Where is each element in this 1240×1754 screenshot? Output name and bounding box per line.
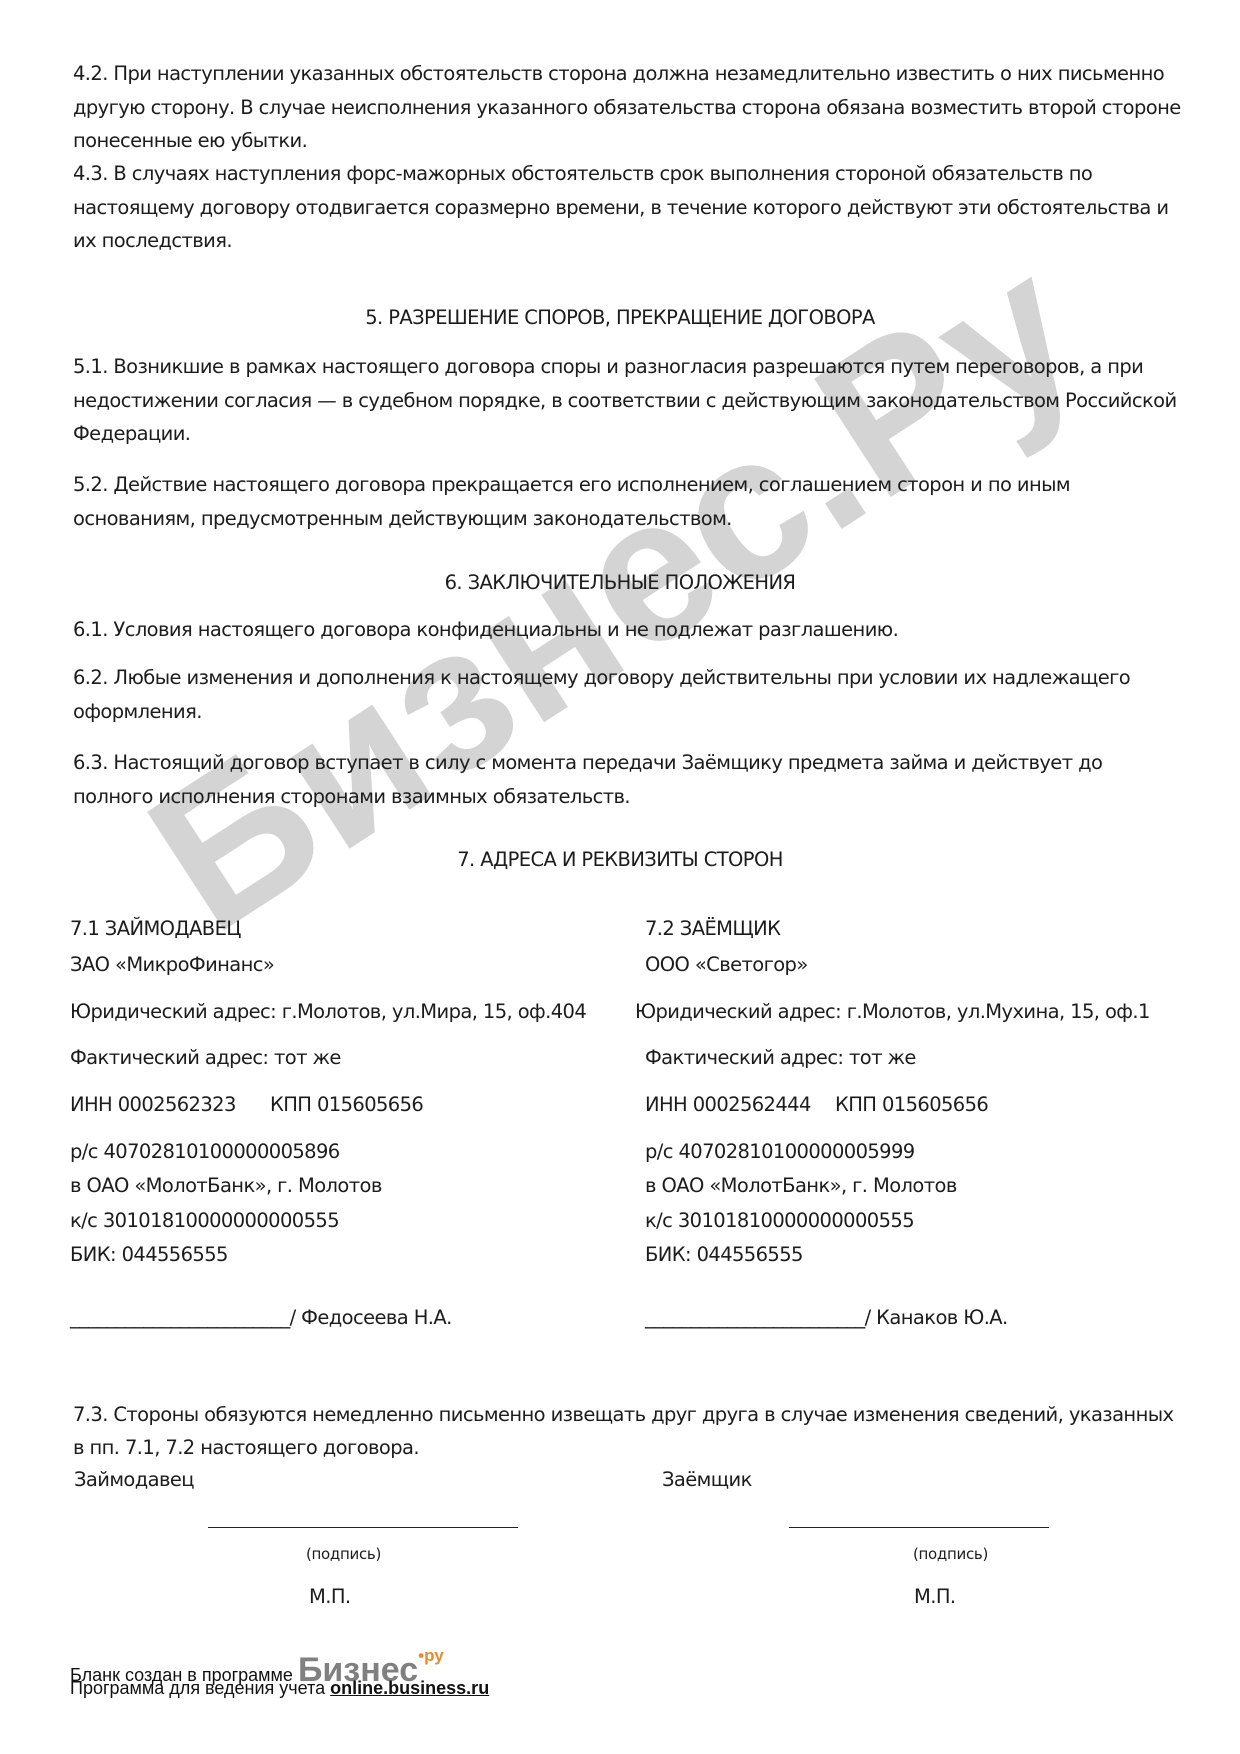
footer-program-text: Программа для ведения учета: [70, 1678, 325, 1698]
borrower-stamp-label: М.П.: [914, 1583, 956, 1611]
lender-account: р/с 40702810100000005896: [70, 1138, 340, 1166]
borrower-actual-address: Фактический адрес: тот же: [645, 1044, 916, 1072]
lender-signature-label: Займодавец: [74, 1466, 194, 1494]
section-7-heading: 7. АДРЕСА И РЕКВИЗИТЫ СТОРОН: [0, 845, 1240, 875]
borrower-legal-address: Юридический адрес: г.Молотов, ул.Мухина,…: [635, 998, 1150, 1026]
clause-4-2: 4.2. При наступлении указанных обстоятел…: [73, 57, 1183, 158]
borrower-kpp: КПП 015605656: [835, 1091, 988, 1119]
lender-bank: в ОАО «МолотБанк», г. Молотов: [70, 1172, 382, 1200]
lender-signature-line[interactable]: ________________________/ Федосеева Н.А.: [70, 1304, 452, 1332]
borrower-bank: в ОАО «МолотБанк», г. Молотов: [645, 1172, 957, 1200]
clause-6-3: 6.3. Настоящий договор вступает в силу с…: [73, 746, 1183, 813]
borrower-heading: 7.2 ЗАЁМЩИК: [645, 915, 780, 943]
borrower-account: р/с 40702810100000005999: [645, 1138, 915, 1166]
clause-6-1: 6.1. Условия настоящего договора конфиде…: [73, 613, 1183, 647]
borrower-name: ООО «Светогор»: [645, 951, 808, 979]
borrower-signature-field[interactable]: [789, 1527, 1049, 1528]
borrower-corr-account: к/с 30101810000000000555: [645, 1207, 914, 1235]
lender-name: ЗАО «МикроФинанс»: [70, 951, 274, 979]
lender-signature-caption: (подпись): [306, 1540, 381, 1568]
section-6-heading: 6. ЗАКЛЮЧИТЕЛЬНЫЕ ПОЛОЖЕНИЯ: [0, 568, 1240, 598]
lender-legal-address: Юридический адрес: г.Молотов, ул.Мира, 1…: [70, 998, 586, 1026]
lender-signature-field[interactable]: [208, 1527, 518, 1528]
lender-bik: БИК: 044556555: [70, 1241, 228, 1269]
lender-kpp: КПП 015605656: [270, 1091, 423, 1119]
footer-line-2: Программа для ведения учета online.busin…: [70, 1678, 489, 1698]
borrower-signature-label: Заёмщик: [662, 1466, 752, 1494]
lender-corr-account: к/с 30101810000000000555: [70, 1207, 339, 1235]
logo-suffix-text: •ру: [418, 1646, 444, 1665]
clause-5-2: 5.2. Действие настоящего договора прекра…: [73, 468, 1183, 535]
clause-6-2: 6.2. Любые изменения и дополнения к наст…: [73, 661, 1183, 728]
section-5-heading: 5. РАЗРЕШЕНИЕ СПОРОВ, ПРЕКРАЩЕНИЕ ДОГОВО…: [0, 303, 1240, 333]
document-content: 4.2. При наступлении указанных обстоятел…: [0, 0, 1240, 1754]
lender-heading: 7.1 ЗАЙМОДАВЕЦ: [70, 915, 241, 943]
footer: Бланк создан в программе Бизнес•ру Прогр…: [70, 1660, 489, 1698]
lender-stamp-label: М.П.: [309, 1583, 351, 1611]
borrower-signature-caption: (подпись): [913, 1540, 988, 1568]
lender-inn: ИНН 0002562323: [70, 1091, 236, 1119]
clause-4-3: 4.3. В случаях наступления форс-мажорных…: [73, 157, 1183, 258]
borrower-bik: БИК: 044556555: [645, 1241, 803, 1269]
borrower-signature-line[interactable]: ________________________/ Канаков Ю.А.: [645, 1304, 1008, 1332]
lender-actual-address: Фактический адрес: тот же: [70, 1044, 341, 1072]
clause-5-1: 5.1. Возникшие в рамках настоящего догов…: [73, 350, 1183, 451]
borrower-inn: ИНН 0002562444: [645, 1091, 811, 1119]
clause-7-3: 7.3. Стороны обязуются немедленно письме…: [73, 1398, 1183, 1464]
footer-link[interactable]: online.business.ru: [330, 1678, 489, 1698]
document-page: Бизнес.Ру 4.2. При наступлении указанных…: [0, 0, 1240, 1754]
